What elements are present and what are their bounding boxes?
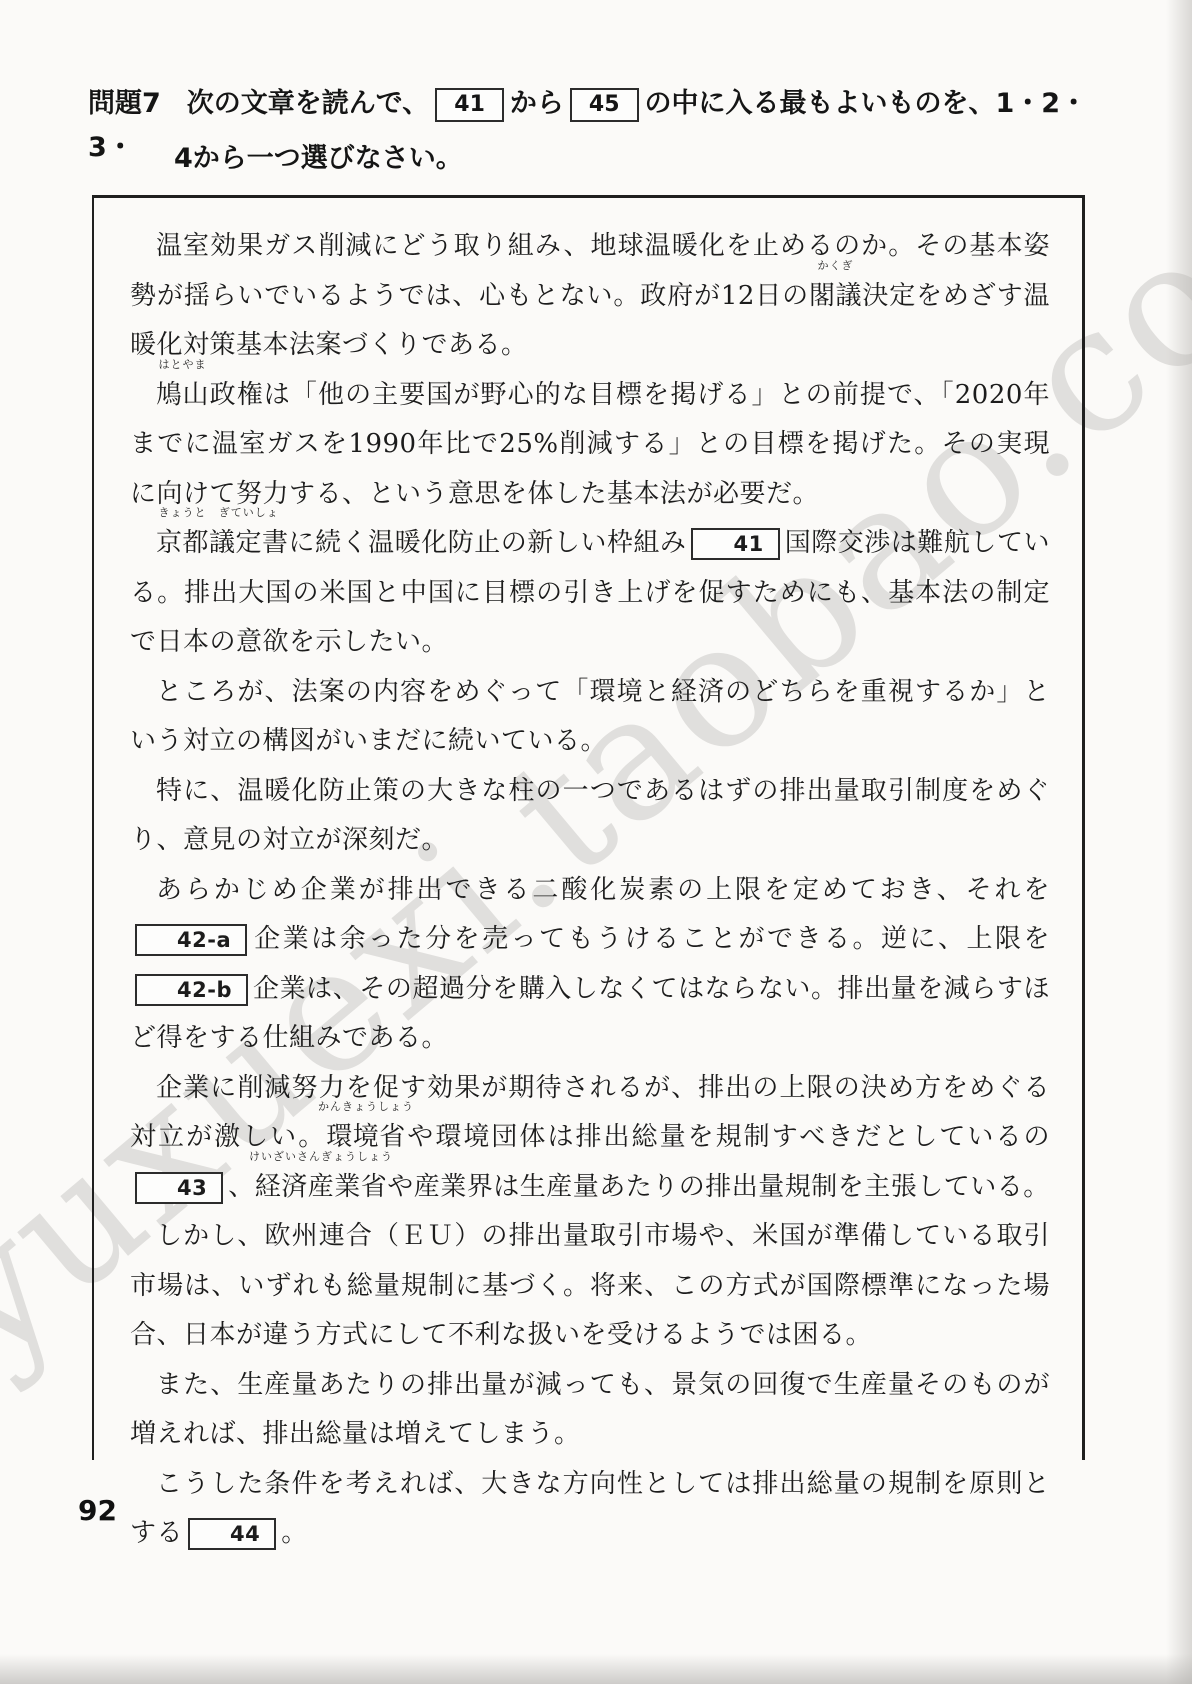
blank-box-45: 45 — [570, 88, 639, 122]
passage-paragraph: あらかじめ企業が排出できる二酸化炭素の上限を定めておき、それを42-a企業は余っ… — [130, 866, 1050, 1064]
blank-box-44: 44 — [188, 1518, 276, 1550]
blank-box-42-a: 42-a — [135, 924, 247, 956]
passage-paragraph: きょうと京都ぎていしょ議定書に続く温暖化防止の新しい枠組み41国際交渉は難航して… — [130, 519, 1050, 668]
passage-paragraph: こうした条件を考えれば、大きな方向性としては排出総量の規制を原則とする44。 — [130, 1460, 1050, 1559]
passage-box: 温室効果ガス削減にどう取り組み、地球温暖化を止めるのか。その基本姿勢が揺らいでい… — [92, 195, 1085, 1460]
passage-paragraph: しかし、欧州連合（ＥＵ）の排出量取引市場や、米国が準備している取引市場は、いずれ… — [130, 1212, 1050, 1361]
scan-edge-bottom — [0, 1654, 1192, 1684]
passage-paragraph: はとやま鳩山政権は「他の主要国が野心的な目標を掲げる」との前提で、「2020年ま… — [130, 371, 1050, 520]
furigana-text: けいざいさんぎょうしょう — [249, 1151, 393, 1162]
passage-paragraph: ところが、法案の内容をめぐって「環境と経済のどちらを重視するか」という対立の構図… — [130, 668, 1050, 767]
blank-box-42-b: 42-b — [135, 974, 248, 1006]
ruby-annotation: きょうと京都 — [156, 519, 209, 569]
ruby-annotation: はとやま鳩山 — [156, 371, 209, 421]
blank-box-41: 41 — [435, 88, 504, 122]
furigana-text: かくぎ — [817, 260, 853, 271]
problem-number-label: 問題7 — [88, 88, 161, 119]
blank-box-41: 41 — [691, 528, 779, 560]
passage-paragraph: 温室効果ガス削減にどう取り組み、地球温暖化を止めるのか。その基本姿勢が揺らいでい… — [130, 222, 1050, 371]
scan-edge-right — [1166, 0, 1192, 1684]
blank-box-43: 43 — [135, 1172, 223, 1204]
page-number: 92 — [78, 1494, 117, 1527]
instruction-line-2: 4から一つ選びなさい。 — [174, 136, 463, 175]
furigana-text: はとやま — [159, 359, 207, 370]
ruby-annotation: けいざいさんぎょうしょう経済産業省 — [255, 1163, 388, 1213]
scanned-test-page: riyuxuexi.taobao.com 問題7次の文章を読んで、41から45の… — [0, 0, 1192, 1684]
ruby-annotation: かくぎ閣議 — [809, 272, 862, 322]
passage-text: 温室効果ガス削減にどう取り組み、地球温暖化を止めるのか。その基本姿勢が揺らいでい… — [130, 222, 1050, 1559]
passage-paragraph: また、生産量あたりの排出量が減っても、景気の回復で生産量そのものが増えれば、排出… — [130, 1361, 1050, 1460]
passage-paragraph: 企業に削減努力を促す効果が期待されるが、排出の上限の決め方をめぐる対立が激しい。… — [130, 1064, 1050, 1213]
furigana-text: かんきょうしょう — [318, 1101, 414, 1112]
ruby-annotation: ぎていしょ議定書 — [209, 519, 289, 569]
furigana-text: きょうと — [159, 507, 207, 518]
passage-paragraph: 特に、温暖化防止策の大きな柱の一つであるはずの排出量取引制度をめぐり、意見の対立… — [130, 767, 1050, 866]
furigana-text: ぎていしょ — [219, 507, 279, 518]
